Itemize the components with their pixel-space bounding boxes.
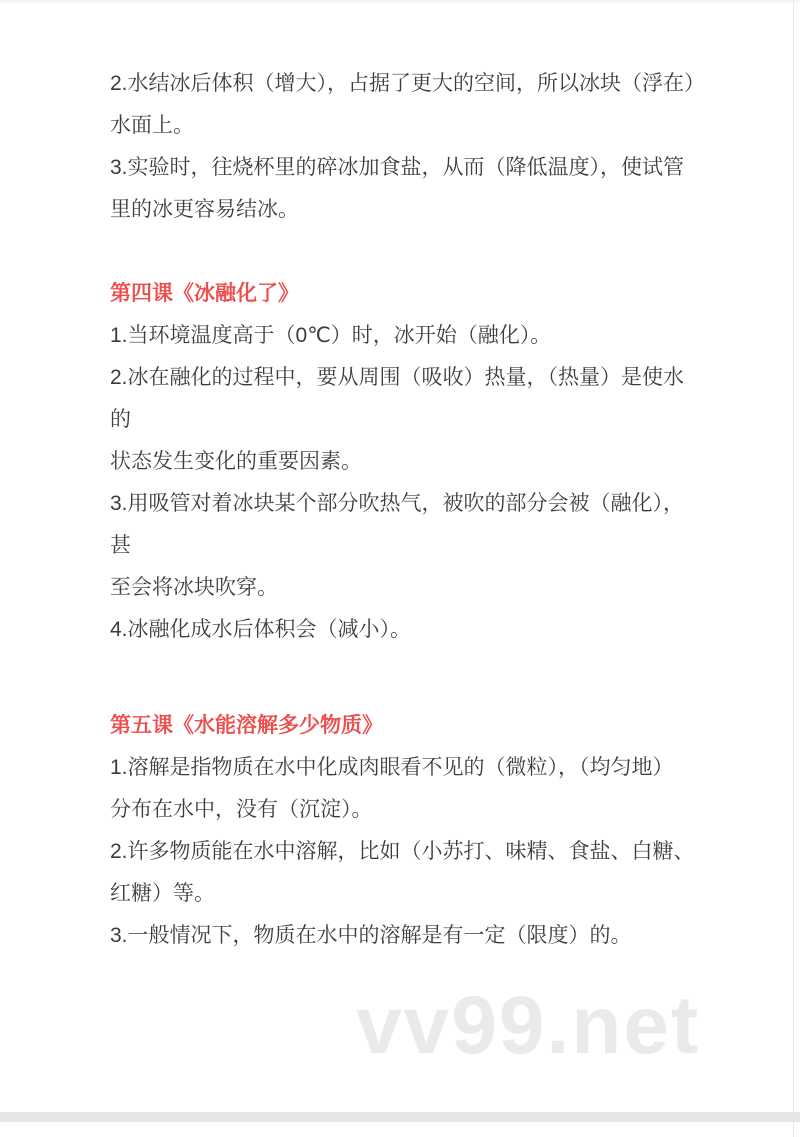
text-line: 2.许多物质能在水中溶解，比如（小苏打、味精、食盐、白糖、: [110, 831, 730, 873]
text-line: 红糖）等。: [110, 873, 730, 915]
section-heading-lesson5: 第五课《水能溶解多少物质》: [110, 705, 730, 747]
page-edge-line: [793, 1122, 794, 1137]
text-line: 状态发生变化的重要因素。: [110, 441, 730, 483]
page-edge-line: [793, 0, 794, 1112]
watermark: vv99.net: [356, 985, 700, 1067]
top-shadow: [0, 0, 800, 4]
text-line: 3.用吸管对着冰块某个部分吹热气，被吹的部分会被（融化），: [110, 483, 730, 525]
page-gap-divider: [0, 1112, 800, 1122]
text-line: 1.当环境温度高于（0℃）时，冰开始（融化）。: [110, 315, 730, 357]
text-line: 2.冰在融化的过程中，要从周围（吸收）热量，（热量）是使水: [110, 357, 730, 399]
text-line: 3.实验时，往烧杯里的碎冰加食盐，从而（降低温度），使试管: [110, 147, 730, 189]
document-content: 2.水结冰后体积（增大），占据了更大的空间，所以冰块（浮在） 水面上。 3.实验…: [110, 63, 730, 957]
text-line: 至会将冰块吹穿。: [110, 567, 730, 609]
document-page: 2.水结冰后体积（增大），占据了更大的空间，所以冰块（浮在） 水面上。 3.实验…: [0, 0, 800, 1137]
section-heading-lesson4: 第四课《冰融化了》: [110, 273, 730, 315]
text-line: 1.溶解是指物质在水中化成肉眼看不见的（微粒），（均匀地）: [110, 747, 730, 789]
text-line: 甚: [110, 525, 730, 567]
text-line: 4.冰融化成水后体积会（减小）。: [110, 609, 730, 651]
text-line: 分布在水中，没有（沉淀）。: [110, 789, 730, 831]
text-line: 的: [110, 399, 730, 441]
text-line: 水面上。: [110, 105, 730, 147]
text-line: 2.水结冰后体积（增大），占据了更大的空间，所以冰块（浮在）: [110, 63, 730, 105]
text-line: 里的冰更容易结冰。: [110, 189, 730, 231]
text-line: 3.一般情况下，物质在水中的溶解是有一定（限度）的。: [110, 915, 730, 957]
